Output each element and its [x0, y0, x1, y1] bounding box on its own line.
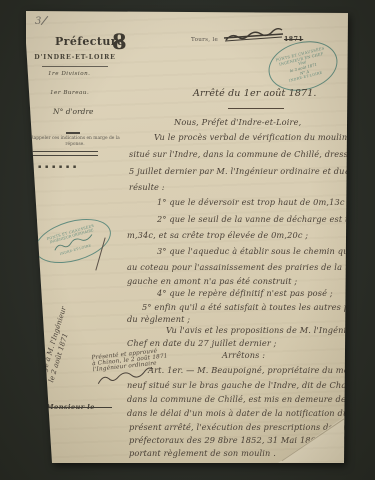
- paper-sheet: 3 Préfecture 8 D'INDRE-ET-LOIRE 1re Divi…: [26, 11, 348, 463]
- letter-line: résulte :: [129, 182, 165, 192]
- letter-line: dans la commune de Chillé, est mis en de…: [127, 394, 375, 404]
- pencil-slash-mark: [41, 16, 49, 25]
- letter-title: Arrêté du 1er août 1871.: [193, 88, 317, 99]
- letter-line: 4° que le repère définitif n'est pas pos…: [157, 288, 333, 298]
- letterhead-bureau: 1er Bureau.: [50, 90, 89, 96]
- letter-line: 3° que l'aqueduc à établir sous le chemi…: [157, 246, 375, 256]
- margin-note-diagonal-teal-1: Communiqué à: [10, 276, 51, 405]
- letter-line: Arrêtons :: [222, 350, 265, 360]
- city-date-label: Tours, le: [191, 37, 218, 43]
- letterhead-department: D'INDRE-ET-LOIRE: [33, 54, 117, 61]
- objet-ornament: ▪ ▪ ▪ ▪ ▪ ▪: [38, 164, 77, 170]
- page-number-stamp: 8: [112, 29, 127, 54]
- letter-line: Vu l'avis et les propositions de M. l'In…: [166, 325, 374, 335]
- letter-line: Chef en date du 27 juillet dernier ;: [127, 338, 277, 348]
- addressee-strike-line: [30, 407, 112, 408]
- letter-line: 5 juillet dernier par M. l'Ingénieur ord…: [129, 166, 371, 176]
- letter-line: 5° enfin qu'il a été satisfait à toutes …: [142, 302, 375, 312]
- scanned-document-page: 3 Préfecture 8 D'INDRE-ET-LOIRE 1re Divi…: [0, 0, 375, 480]
- order-dash: [66, 132, 80, 134]
- letterhead-rule: [42, 66, 108, 67]
- letter-line: situé sur l'Indre, dans la commune de Ch…: [129, 149, 363, 159]
- letter-line: au coteau pour l'assainissement des prai…: [127, 262, 361, 272]
- title-separator: [228, 108, 284, 109]
- double-rule: [28, 151, 98, 156]
- letter-line: gauche en amont n'a pas été construit ;: [127, 276, 297, 286]
- letter-line: Nous, Préfet d'Indre-et-Loire,: [174, 117, 301, 127]
- letter-line: du règlement ;: [127, 314, 190, 324]
- pencil-folio-number: 3: [35, 16, 42, 27]
- letter-line: m,34c, et sa crête trop élevée de 0m,20c…: [127, 230, 308, 240]
- letterhead-margin-instruction: Rappeler ces indications en marge de la …: [30, 136, 120, 148]
- letterhead-order-label: N° d'ordre: [53, 107, 94, 116]
- letter-line: 2° que le seuil de la vanne de décharge …: [157, 214, 375, 224]
- letter-line: portant règlement de son moulin .: [129, 448, 276, 458]
- crossed-out-date-scribble: [223, 28, 285, 46]
- letter-line: Vu le procès verbal de vérification du m…: [154, 132, 369, 142]
- letter-line: dans le délai d'un mois à dater de la no…: [127, 408, 348, 418]
- letter-line: 1° que le déversoir est trop haut de 0m,…: [157, 197, 350, 207]
- paper-shadow-wrap: 3 Préfecture 8 D'INDRE-ET-LOIRE 1re Divi…: [0, 0, 375, 480]
- letterhead-division: 1re Division.: [48, 71, 90, 77]
